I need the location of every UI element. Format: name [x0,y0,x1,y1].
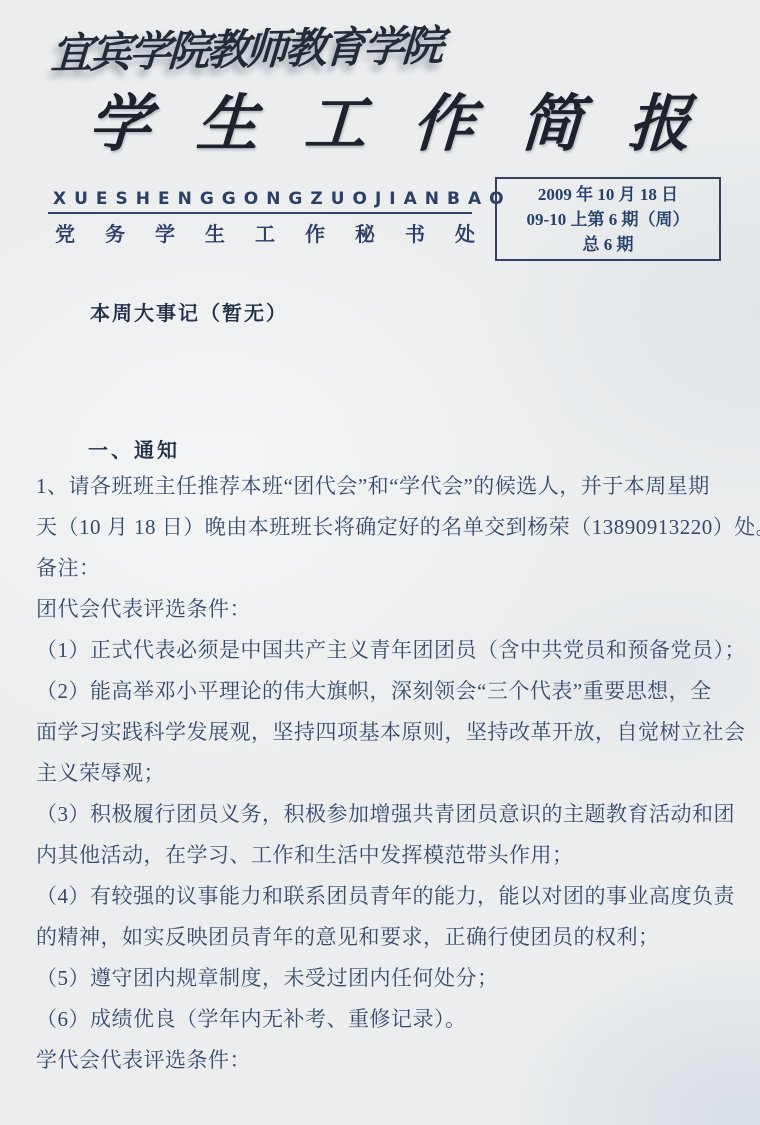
issue-total: 总 6 期 [583,232,634,257]
issue-date: 2009 年 10 月 18 日 [538,182,678,207]
body-text-line: 学代会代表评选条件： [36,1040,736,1081]
body-text-line: 主义荣辱观； [36,753,736,794]
body-text-line: 内其他活动，在学习、工作和生活中发挥模范带头作用； [36,835,736,876]
body-text-line: （2）能高举邓小平理论的伟大旗帜，深刻领会“三个代表”重要思想，全 [36,671,736,712]
issue-number: 09-10 上第 6 期（周） [527,207,690,232]
body-text-line: 天（10 月 18 日）晚由本班班长将确定好的名单交到杨荣（1389091322… [36,507,736,548]
masthead-underline [48,212,472,214]
pinyin-subtitle: XUESHENGGONGZUOJIANBAO [53,189,512,209]
institution-calligraphy: 宜宾学院教师教育学院 [50,26,442,76]
body-text-line: （3）积极履行团员义务，积极参加增强共青团员意识的主题教育活动和团 [36,794,736,835]
body-text: 1、请各班班主任推荐本班“团代会”和“学代会”的候选人，并于本周星期天（10 月… [36,466,736,1081]
body-text-line: 1、请各班班主任推荐本班“团代会”和“学代会”的候选人，并于本周星期 [36,466,736,507]
body-text-line: （5）遵守团内规章制度，未受过团内任何处分； [36,958,736,999]
notice-heading: 一、通知 [88,434,180,463]
body-text-line: 备注： [36,548,736,589]
document-page: 宜宾学院教师教育学院 学生工作简报 XUESHENGGONGZUOJIANBAO… [0,0,760,1125]
body-text-line: （1）正式代表必须是中国共产主义青年团团员（含中共党员和预备党员）； [36,630,736,671]
issuing-department: 党务学生工作秘书处 [55,221,505,249]
body-text-line: 的精神，如实反映团员青年的意见和要求，正确行使团员的权利； [36,917,736,958]
body-text-line: （6）成绩优良（学年内无补考、重修记录）。 [36,999,736,1040]
body-text-line: 面学习实践科学发展观，坚持四项基本原则，坚持改革开放，自觉树立社会 [36,712,736,753]
issue-info-box: 2009 年 10 月 18 日 09-10 上第 6 期（周） 总 6 期 [495,177,721,261]
weekly-events-heading: 本周大事记（暂无） [90,297,288,326]
document-title-calligraphy: 学生工作简报 [87,94,738,156]
body-text-line: （4）有较强的议事能力和联系团员青年的能力，能以对团的事业高度负责 [36,876,736,917]
body-text-line: 团代会代表评选条件： [36,589,736,630]
